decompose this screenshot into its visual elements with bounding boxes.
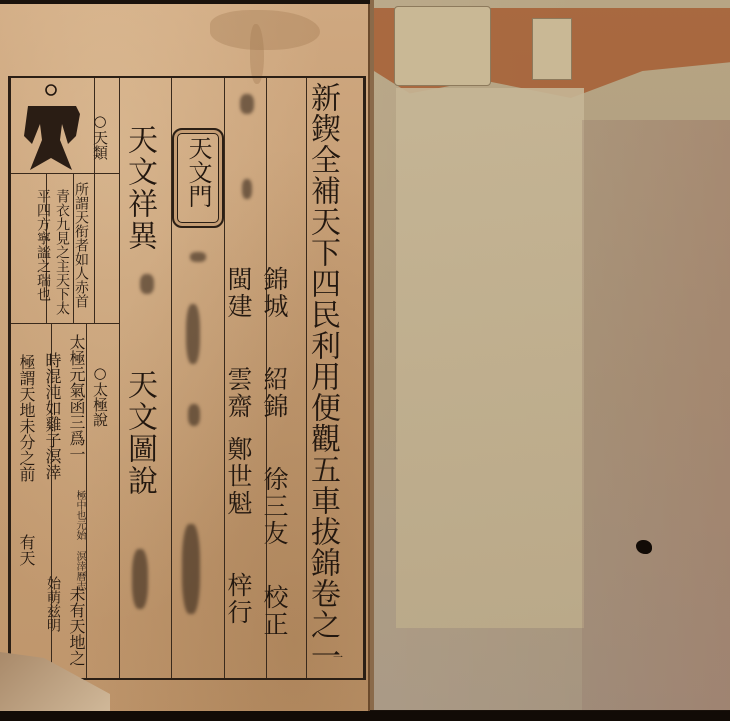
corrector-style-name: 紹錦	[262, 366, 287, 420]
illustration-label-text: 天類	[91, 130, 109, 160]
taiji-small-note: 極中也元始 溟涬曆志	[74, 490, 84, 591]
ink-bleed-mark	[186, 304, 200, 364]
taiji-continuation-3: 有天	[18, 534, 34, 566]
publisher-style-name: 雲齋	[226, 366, 251, 420]
taiji-continuation: 未有天地之	[68, 586, 84, 666]
ink-bleed-mark	[182, 524, 200, 614]
ink-bleed-mark	[240, 94, 254, 114]
printed-leaf: 新鍥全補天下四民利用便觀五車拔錦卷之一 一 錦城 紹錦 徐三友 校正 閩建 雲齋…	[0, 4, 370, 712]
cover-discoloration	[582, 120, 730, 710]
contents-item-celestial-diagram: 天文圖說	[124, 369, 154, 497]
bottom-shadow	[0, 711, 730, 721]
corrector-name: 徐三友	[262, 466, 287, 547]
publisher-name: 鄭世魁	[226, 436, 251, 517]
ink-bleed-mark	[190, 252, 206, 262]
contents-item-celestial-omens: 天文祥異	[124, 124, 154, 252]
section-heading: 天文門	[186, 136, 210, 208]
circle-marker: ○	[91, 364, 109, 382]
celestial-figure-icon	[18, 84, 88, 174]
taiji-column-3: 極謂天地未分之前	[18, 354, 34, 482]
cover-title-slip	[396, 88, 584, 628]
ink-bleed-mark	[140, 274, 154, 294]
corrector-place: 錦城	[262, 266, 287, 320]
section-heading-box: 天文門	[172, 128, 224, 228]
taiji-column-1: 太極元氣函三爲一	[68, 334, 84, 462]
publisher-place: 閩建	[226, 266, 251, 320]
book-cover	[370, 0, 730, 710]
caption-column-2: 青衣九見之主天下太	[55, 189, 69, 315]
book-title-column: 新鍥全補天下四民利用便觀五車拔錦卷之一	[307, 82, 337, 671]
corrector-role: 校正	[262, 584, 287, 638]
juan-number: 一	[333, 653, 343, 664]
ink-bleed-mark	[242, 179, 252, 199]
water-stain	[210, 10, 320, 50]
taiji-column-2: 時混沌如雞子溟涬	[44, 352, 60, 480]
juan-marker: 一	[333, 649, 343, 664]
ink-bleed-mark	[132, 549, 148, 609]
paper-repair-patch	[532, 18, 572, 80]
caption-column-1: 所謂天衔者如人赤首	[74, 182, 88, 308]
worm-hole	[636, 540, 652, 554]
ink-bleed-mark	[188, 404, 200, 426]
circle-marker: ○	[91, 112, 109, 130]
illustration-label: ○天類	[92, 112, 107, 160]
row-rule	[11, 323, 119, 324]
taiji-heading-text: 太極說	[91, 382, 109, 427]
taiji-heading: ○太極說	[92, 364, 107, 427]
column-rule	[86, 323, 87, 678]
publisher-role: 梓行	[226, 572, 251, 626]
taiji-continuation-2: 始萌兹明	[46, 576, 60, 632]
caption-column-3: 平四方寧謐之瑞也	[36, 189, 50, 301]
paper-repair-patch	[394, 6, 491, 86]
column-rule	[119, 78, 120, 678]
